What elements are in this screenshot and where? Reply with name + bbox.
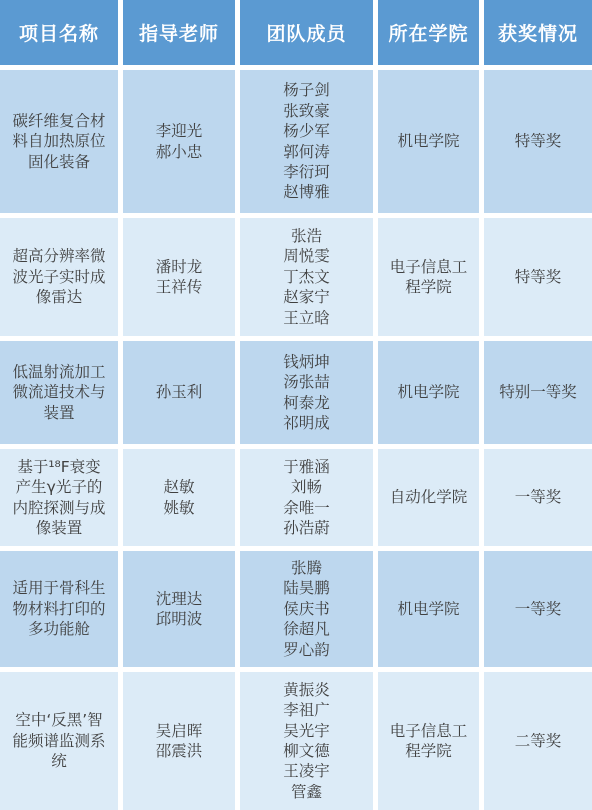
award-cell: 特别一等奖 — [484, 341, 592, 444]
advisors-cell: 潘时龙 王祥传 — [123, 218, 235, 336]
header-cell-members: 团队成员 — [240, 0, 373, 65]
members-cell: 黄振炎 李祖广 吴光宇 柳文德 王凌宇 管鑫 — [240, 672, 373, 810]
advisors-cell: 赵敏 姚敏 — [123, 449, 235, 546]
advisors-cell: 孙玉利 — [123, 341, 235, 444]
college-cell: 机电学院 — [378, 551, 479, 667]
project-name-cell: 基于¹⁸F衰变产生γ光子的内腔探测与成像装置 — [0, 449, 118, 546]
advisors-cell: 吴启晖 邵震洪 — [123, 672, 235, 810]
award-cell: 特等奖 — [484, 218, 592, 336]
project-name-cell: 超高分辨率微波光子实时成像雷达 — [0, 218, 118, 336]
award-cell: 一等奖 — [484, 551, 592, 667]
header-cell-award: 获奖情况 — [484, 0, 592, 65]
college-cell: 机电学院 — [378, 341, 479, 444]
header-cell-advisors: 指导老师 — [123, 0, 235, 65]
project-name-cell: 低温射流加工微流道技术与装置 — [0, 341, 118, 444]
award-cell: 特等奖 — [484, 70, 592, 213]
members-cell: 杨子剑 张致豪 杨少军 郭何涛 李衍珂 赵博雅 — [240, 70, 373, 213]
college-cell: 机电学院 — [378, 70, 479, 213]
college-cell: 电子信息工程学院 — [378, 672, 479, 810]
project-name-cell: 碳纤维复合材料自加热原位固化装备 — [0, 70, 118, 213]
award-cell: 一等奖 — [484, 449, 592, 546]
members-cell: 于雅涵 刘畅 余唯一 孙浩蔚 — [240, 449, 373, 546]
award-cell: 二等奖 — [484, 672, 592, 810]
project-name-cell: 适用于骨科生物材料打印的多功能舱 — [0, 551, 118, 667]
advisors-cell: 沈理达 邱明波 — [123, 551, 235, 667]
header-cell-college: 所在学院 — [378, 0, 479, 65]
members-cell: 钱炳坤 汤张喆 柯泰龙 祁明成 — [240, 341, 373, 444]
header-cell-project: 项目名称 — [0, 0, 118, 65]
members-cell: 张腾 陆昊鹏 侯庆书 徐超凡 罗心韵 — [240, 551, 373, 667]
advisors-cell: 李迎光 郝小忠 — [123, 70, 235, 213]
college-cell: 电子信息工程学院 — [378, 218, 479, 336]
award-results-table: 项目名称 指导老师 团队成员 所在学院 获奖情况 碳纤维复合材料自加热原位固化装… — [0, 0, 592, 810]
college-cell: 自动化学院 — [378, 449, 479, 546]
project-name-cell: 空中‘反黑’智能频谱监测系统 — [0, 672, 118, 810]
members-cell: 张浩 周悦雯 丁杰文 赵家宁 王立晗 — [240, 218, 373, 336]
